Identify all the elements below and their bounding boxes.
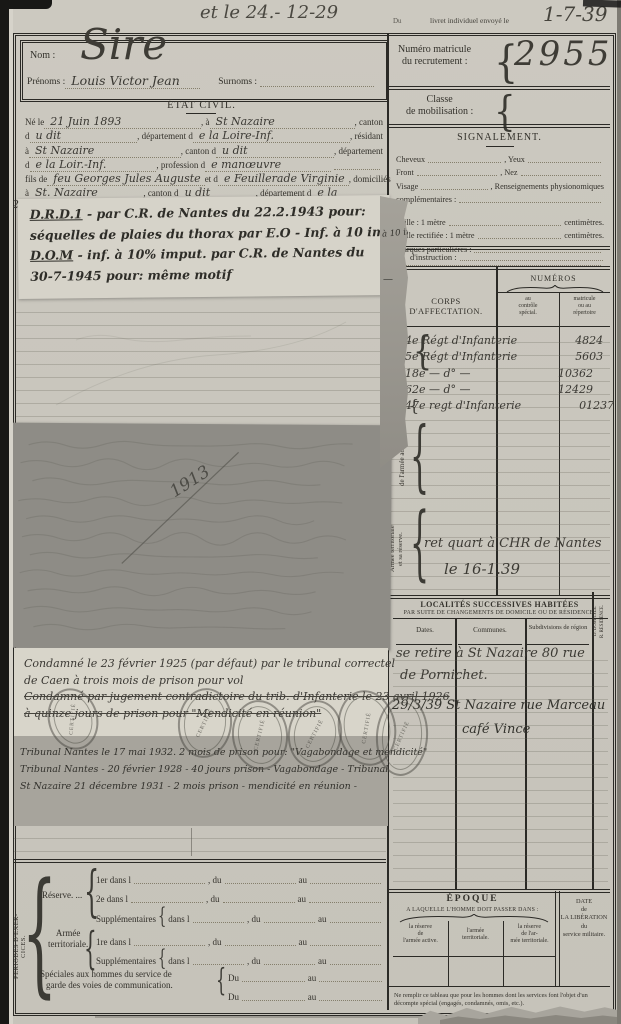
etat-civil-lines: Né le21 Juin 1893, àSt Nazaire, cantondu… (25, 115, 383, 200)
grey-pasted-paper: 1913 (9, 423, 392, 651)
epoque-col-territoriale: l'armée territoriale. (448, 928, 503, 942)
dotted-line (478, 236, 562, 239)
corps-unit-name: 64e Régt d'Infanterie (398, 334, 517, 347)
corps-row: 147e regt d'Infanterie01237 (398, 396, 610, 412)
localites-col-communes: Communes. (456, 626, 524, 634)
reserve-printed: , du (208, 874, 222, 886)
territoriale-printed: , du (208, 936, 222, 948)
speciales-printed: Du (228, 972, 239, 984)
speciales-printed: au (308, 991, 317, 1003)
prenoms-value: Louis Victor Jean (65, 74, 200, 89)
etat-civil-line: Né le21 Juin 1893, àSt Nazaire, canton (25, 115, 383, 129)
reserve-rows: 1er dans l, duau2e dans l, duauSupplémen… (96, 866, 384, 925)
etat-civil-title: ÉTAT CIVIL. (20, 100, 383, 111)
surnoms-label: Surnoms : (218, 76, 257, 89)
nom-label: Nom : (30, 50, 55, 61)
dotted-line (460, 258, 603, 261)
signalement-title: SIGNALEMENT. (389, 132, 610, 143)
territoriale-note-line1: ret quart à CHR de Nantes (424, 536, 602, 551)
bottom-paper-edge (95, 1016, 425, 1018)
scan-edge-paper-sliver (9, 0, 13, 1024)
etat-civil-printed: , département (334, 145, 383, 158)
stray-column-tick (191, 828, 192, 856)
table-hline (389, 326, 610, 327)
territoriale-brace (84, 926, 97, 970)
stamp-text: CERTIFIÉ (69, 703, 78, 735)
signalement-row: Front, Nez (396, 165, 604, 179)
drd-text: - inf. à 10% imput. par C.R. de Nantes d… (73, 244, 364, 262)
reserve-printed: , du (247, 913, 261, 925)
divider-line (389, 595, 610, 599)
corps-unit-name: 262e — d° — (398, 383, 500, 396)
header-underline (527, 644, 589, 645)
reserve-label: Réserve. ... (42, 890, 82, 900)
localites-col-dates: Dates. (396, 626, 454, 634)
signalement-printed: Front (396, 167, 414, 178)
corps-side-label-territoriale: Armée territoriale et sa réserve. (389, 506, 407, 592)
table-hline (389, 986, 610, 987)
etat-civil-line: du dit, département de la Loire-Inf., ré… (25, 129, 383, 143)
title-underline (486, 146, 514, 147)
etat-civil-line: àSt Nazaire, canton du dit, département (25, 143, 383, 157)
dotted-line (421, 187, 487, 190)
localites-entry1-line2: de Pornichet. (400, 668, 488, 683)
etat-civil-handwritten-value: e la Loir.-Inf. (30, 158, 157, 172)
scanned-military-record-page: et le 24.- 12-29 Du livret individuel en… (0, 0, 621, 1024)
dotted-line (193, 920, 244, 923)
reserve-printed: 1er dans l (96, 874, 131, 886)
top-du-label: Du (393, 17, 402, 25)
epoque-subtitle: A LAQUELLE L'HOMME DOIT PASSER DANS : (389, 907, 556, 913)
table-hline (497, 292, 610, 293)
reserve-brace (158, 904, 166, 930)
dotted-line (225, 881, 296, 884)
stamp-text: CERTIFIÉ (393, 720, 411, 752)
scan-edge-top-left (0, 0, 52, 9)
etat-civil-handwritten-value: e Feuillerade Virginie (218, 172, 349, 186)
instruction-label: d'instruction : (410, 252, 457, 263)
ruled-blank-area (16, 300, 388, 422)
etat-civil-handwritten-value: u dit (216, 144, 334, 158)
territoriale-rows: 1re dans l, duauSupplémentairesdans l, d… (96, 928, 384, 967)
speciales-printed: au (308, 972, 317, 984)
signalement-row: Cheveux, Yeux (396, 151, 604, 165)
table-hline (393, 618, 608, 619)
numeros-sub2: matricule ou au répertoire (561, 296, 608, 317)
etat-civil-printed: et d (205, 173, 218, 186)
ruled-strip (14, 826, 386, 859)
etat-civil-handwritten-value: feu Georges Jules Auguste (47, 172, 204, 186)
numero-label-line1: Numéro matricule (398, 44, 471, 55)
drd-underlined: D.R.D.1 (30, 206, 83, 222)
dotted-line (459, 200, 601, 203)
dotted-line (260, 84, 374, 87)
territoriale-printed: au (299, 936, 308, 948)
dotted-line (528, 160, 601, 163)
signalement-row: Taille : 1 mètrecentimètres. (396, 214, 604, 228)
classe-label-line1: Classe (427, 94, 453, 105)
speciales-row: Duau (228, 984, 385, 1004)
epoque-col-reserve-active: la réserve de l'armée active. (393, 924, 448, 946)
scrap-dash: — (383, 274, 393, 285)
instruction-row: d'instruction : (410, 252, 606, 263)
dotted-line (134, 943, 205, 946)
signalement-rows: Cheveux, YeuxFront, NezVisage, Renseigne… (396, 151, 604, 268)
nom-value: Sire (80, 20, 167, 69)
reserve-printed: au (298, 893, 307, 905)
corps-affectation-title: CORPS D'AFFECTATION. (398, 296, 494, 316)
corps-matricule-number: 4824 (575, 334, 621, 347)
title-underline (186, 113, 216, 114)
dotted-line (264, 920, 315, 923)
corps-matricule-number: 12429 (558, 383, 606, 396)
etat-civil-handwritten-value: St Nazaire (29, 144, 181, 158)
etat-civil-line: de la Loir.-Inf., profession de manœuvre (25, 158, 383, 172)
drd-note-line: 30-7-1945 pour: même motif (30, 263, 380, 287)
speciales-brace (216, 966, 226, 996)
etat-civil-printed: , résidant (350, 130, 383, 143)
conviction-line: Condamné le 23 février 1925 (par défaut)… (24, 656, 388, 673)
signalement-printed: centimètres. (564, 230, 604, 241)
etat-civil-printed: , à (201, 116, 210, 129)
territoriale-printed: 1re dans l (96, 936, 131, 948)
table-vline (503, 921, 504, 986)
armee-label-line2: territoriale. (48, 939, 88, 949)
signalement-printed: , Renseignements physionomiques (491, 181, 604, 192)
reserve-printed: au (299, 874, 308, 886)
drd-note-line: D.O.M - inf. à 10% imput. par C.R. de Na… (30, 242, 380, 266)
scan-edge-left (0, 0, 9, 1024)
margin-note: 2 (12, 198, 19, 211)
etat-civil-printed: fils de (25, 173, 47, 186)
table-hline (393, 956, 556, 957)
prenoms-row: Prénoms : Louis Victor Jean Surnoms : (27, 74, 377, 89)
scan-edge-right (617, 0, 621, 1024)
etat-civil-handwritten-value: e manœuvre (205, 158, 331, 172)
dotted-line (225, 943, 296, 946)
stamp-text: CERTIFIÉ (253, 719, 267, 751)
armee-territoriale-label: Arméeterritoriale. (48, 928, 88, 950)
header-underline (458, 644, 522, 645)
divider-line (389, 124, 610, 128)
pasted-drd-note: D.R.D.1 - par C.R. de Nantes du 22.2.194… (17, 195, 390, 299)
paper-overhang-scrap: à 10 imp. — (380, 196, 408, 468)
corps-matricule-number: 10362 (558, 367, 606, 380)
speciales-label-line1: Spéciales aux hommes du service de (40, 969, 172, 979)
divider-line (389, 266, 610, 270)
dotted-line (242, 998, 305, 1001)
disponibilite-brace (410, 420, 429, 498)
stamp-text: CERTIFIÉ (195, 707, 214, 738)
drd-text: - par C.R. de Nantes du 22.2.1943 pour: (83, 203, 366, 221)
signalement-printed: Visage (396, 181, 418, 192)
corps-row: 65e Régt d'Infanterie5603 (398, 347, 610, 363)
dotted-line (428, 160, 501, 163)
stamp-text: CERTIFIÉ (361, 712, 372, 744)
signalement-row: Visage, Renseignements physionomiques (396, 178, 604, 192)
etat-civil-printed: , canton (355, 116, 384, 129)
signalement-row: complémentaires : (396, 192, 604, 206)
epoque-note: Ne remplir ce tableau que pour les homme… (394, 992, 606, 1007)
corps-unit-name: 147e regt d'Infanterie (398, 399, 521, 412)
header-underline (396, 644, 452, 645)
speciales-label: Spéciales aux hommes du service degarde … (40, 969, 173, 991)
corps-row: 318e — d° —10362 (398, 363, 610, 379)
speciales-row: Duau (228, 964, 385, 984)
dotted-line (330, 920, 381, 923)
drd-text: 30-7-1945 pour: même motif (30, 266, 232, 283)
localites-side-residence: R. RÉSIDENCE. (600, 594, 605, 648)
section-divider-line (14, 859, 386, 863)
territoriale-printed: dans l (168, 955, 189, 967)
etat-civil-handwritten-value: e la Loire-Inf. (193, 129, 350, 143)
numero-matricule-value: 2955 (514, 34, 613, 74)
signalement-printed: , Yeux (504, 154, 525, 165)
corps-rows: 64e Régt d'Infanterie482465e Régt d'Infa… (398, 331, 610, 412)
dotted-line (310, 943, 381, 946)
dotted-line (134, 881, 205, 884)
corps-matricule-number: 5603 (575, 350, 621, 363)
classe-mobilisation-label: Classede mobilisation : (406, 94, 473, 118)
signalement-row: Taille rectifiée : 1 mètrecentimètres. (396, 228, 604, 242)
numeros-sub1: au contrôle spécial. (498, 296, 558, 317)
epoque-col-reserve-territoriale: la réserve de l'ar- mée territoriale. (503, 924, 556, 946)
classe-label-line2: de mobilisation : (406, 106, 473, 117)
etat-civil-handwritten-value: 21 Juin 1893 (44, 115, 201, 129)
reserve-row: Supplémentairesdans l, duau (96, 905, 384, 925)
corps-unit-name: 65e Régt d'Infanterie (398, 350, 517, 363)
reserve-printed: au (318, 913, 327, 925)
drd-underlined: D.O.M (30, 247, 73, 262)
localites-entry2-line2: café Vince (462, 722, 530, 737)
stamp-text: CERTIFIÉ (305, 719, 325, 750)
conviction-line: de Caen à trois mois de prison pour vol (24, 673, 388, 690)
dotted-line (309, 900, 381, 903)
table-vline (448, 921, 449, 986)
epoque-underbrace (398, 914, 550, 923)
numero-matricule-label: Numéro matriculedu recrutement : (398, 44, 471, 68)
reserve-printed: 2e dans l (96, 893, 128, 905)
reserve-printed: Supplémentaires (96, 913, 156, 925)
etat-civil-printed: Né le (25, 116, 44, 129)
territoriale-printed: Supplémentaires (96, 955, 156, 967)
dotted-line (319, 998, 382, 1001)
speciales-printed: Du (228, 991, 239, 1003)
livret-envoye-label: livret individuel envoyé le (430, 16, 509, 25)
epoque-title: ÉPOQUE (389, 894, 556, 904)
speciales-label-line2: garde des voies de communication. (46, 980, 173, 990)
dotted-line (521, 173, 601, 176)
etat-civil-line: fils defeu Georges Jules Augusteet de Fe… (25, 172, 383, 186)
localites-subtitle: PAR SUITE DE CHANGEMENTS DE DOMICILE OU … (389, 610, 610, 616)
territoriale-note-line2: le 16-1.39 (444, 560, 520, 578)
scan-edge-top-right (583, 0, 621, 8)
corps-row: 64e Régt d'Infanterie4824 (398, 331, 610, 347)
reserve-printed: , du (206, 893, 220, 905)
pencil-scribbles (16, 300, 388, 422)
territoriale-row: 1re dans l, duau (96, 928, 384, 948)
armee-label-line1: Armée (56, 928, 81, 938)
divider-line (389, 889, 610, 893)
corps-matricule-number: 01237 (579, 399, 621, 412)
localites-side-domicile: D. DOMICILE. (593, 594, 598, 648)
localites-body-rules (393, 648, 608, 888)
etat-civil-printed: , canton d (181, 145, 216, 158)
localites-col-subdivisions: Subdivisions de région (524, 624, 592, 631)
dotted-line (223, 900, 295, 903)
numero-label-line2: du recrutement : (402, 56, 468, 67)
etat-civil-handwritten-value: St Nazaire (210, 115, 355, 129)
etat-civil-printed: , profession d (156, 159, 205, 172)
dotted-line (310, 881, 381, 884)
dotted-line (131, 900, 203, 903)
corps-unit-name: 318e — d° — (398, 367, 500, 380)
dotted-line (334, 167, 380, 170)
etat-civil-printed: , domiciliés (349, 173, 391, 186)
drd-text: séquelles de plaies du thorax par E.O - … (30, 223, 399, 242)
dotted-line (242, 979, 305, 982)
localites-title: LOCALITÉS SUCCESSIVES HABITÉES (389, 600, 610, 609)
reserve-printed: dans l (168, 913, 189, 925)
signalement-printed: Cheveux (396, 154, 425, 165)
conviction-line: Tribunal Nantes - 20 février 1928 - 40 j… (20, 761, 388, 778)
reserve-row: 1er dans l, duau (96, 866, 384, 886)
conviction-line: St Nazaire 21 décembre 1931 - 2 mois pri… (20, 778, 388, 795)
dotted-line (319, 979, 382, 982)
speciales-rows: DuauDuau (228, 964, 385, 1003)
prenoms-label: Prénoms : (27, 76, 65, 89)
divider-line (389, 246, 610, 250)
dotted-line (417, 173, 497, 176)
top-date-annotation: et le 24.- 12-29 (200, 2, 338, 23)
signalement-printed: , Nez (500, 167, 517, 178)
localites-entry1-line1: se retire à St Nazaire 80 rue (396, 646, 585, 661)
etat-civil-handwritten-value: u dit (30, 129, 138, 143)
corps-row: 262e — d° —12429 (398, 380, 610, 396)
reserve-row: 2e dans l, duau (96, 886, 384, 906)
faded-illegible-text (9, 423, 392, 651)
epoque-date-label: DATE de LA LIBÉRATION du service militai… (559, 898, 609, 939)
etat-civil-printed: , département d (137, 130, 193, 143)
signalement-printed: centimètres. (564, 217, 604, 228)
dotted-line (449, 223, 562, 226)
numeros-header: NUMÉROS (497, 274, 610, 283)
